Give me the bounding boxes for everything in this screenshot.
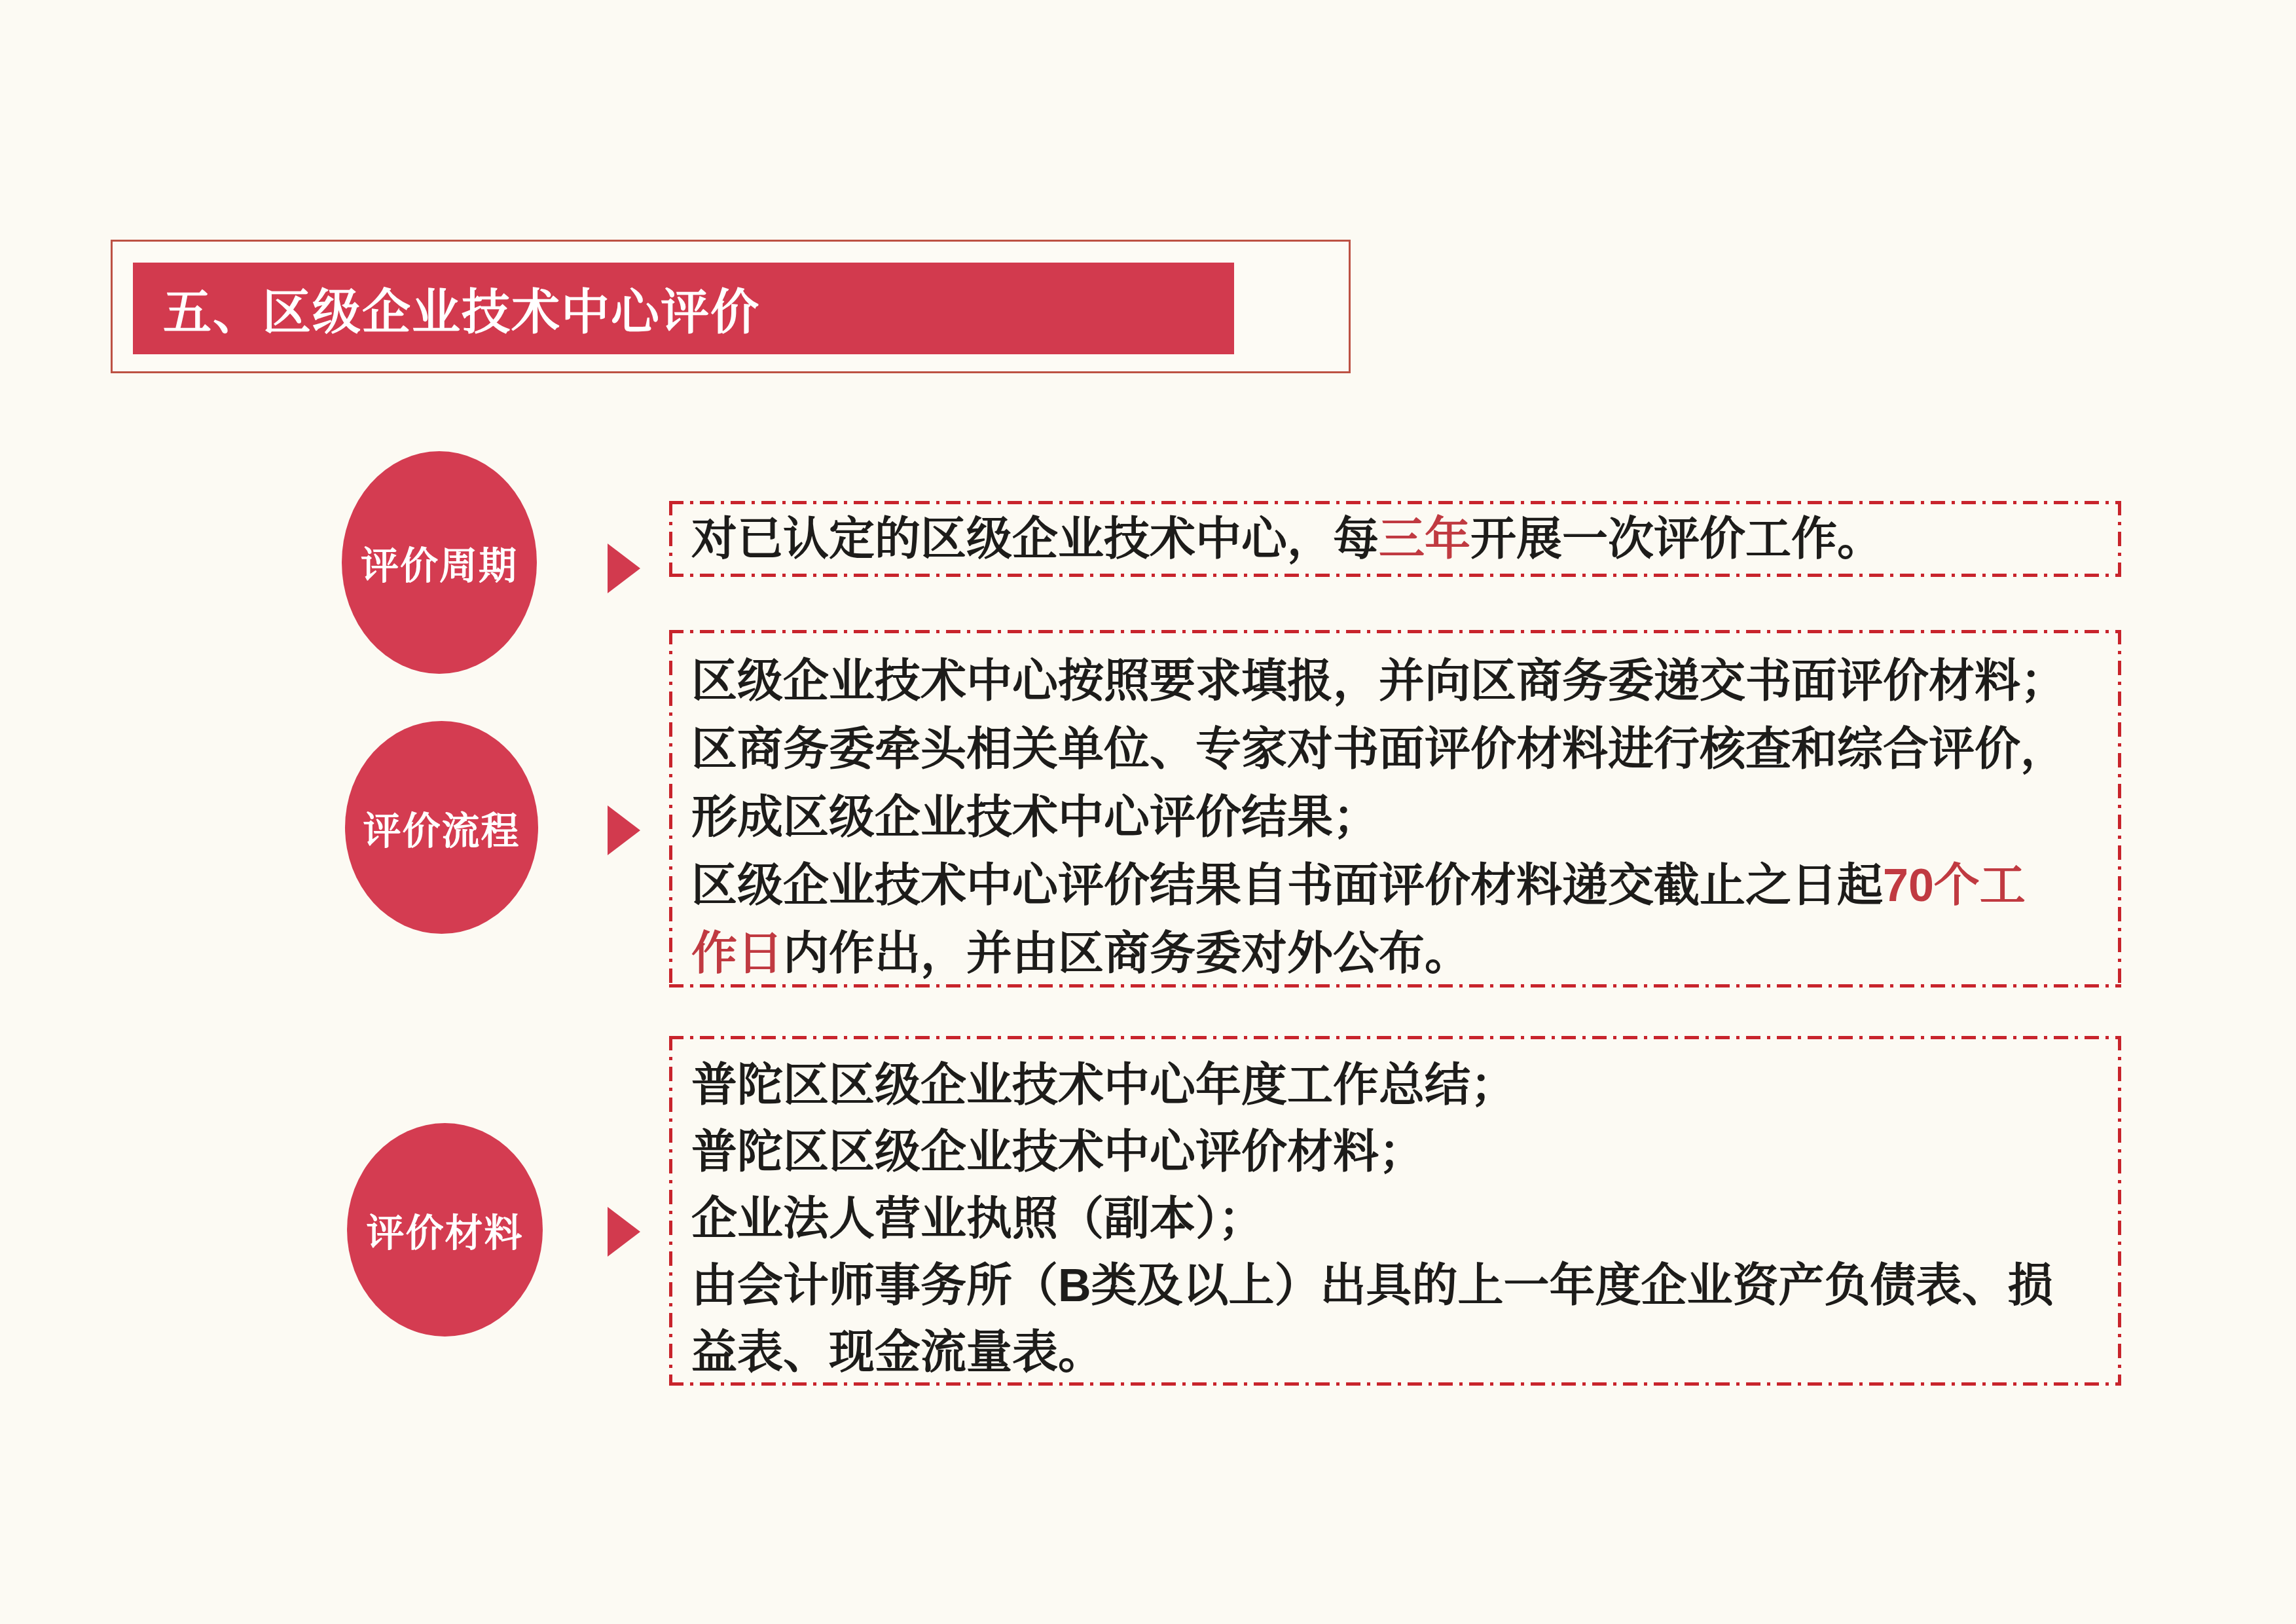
text-segment: 由会计师事务所（B类及以上）出具的上一年度企业资产负债表、损 <box>691 1260 2054 1311</box>
text-line: 对已认定的区级企业技术中心，每三年开展一次评价工作。 <box>691 505 1883 573</box>
dash-border-bottom <box>669 574 2121 577</box>
stage-label: 评价材料 <box>366 1202 523 1257</box>
content-box-evaluation-cycle: 对已认定的区级企业技术中心，每三年开展一次评价工作。 <box>669 501 2121 577</box>
text-segment: 区级企业技术中心按照要求填报，并向区商务委递交书面评价材料； <box>691 655 2066 707</box>
arrow-right-icon <box>608 544 640 593</box>
dash-border-right <box>2118 501 2121 577</box>
text-segment-highlight: 三年 <box>1379 513 1470 564</box>
text-line: 由会计师事务所（B类及以上）出具的上一年度企业资产负债表、损 <box>691 1252 2121 1319</box>
text-segment: 区商务委牵头相关单位、专家对书面评价材料进行核查和综合评价， <box>691 724 2066 775</box>
text-line: 普陀区区级企业技术中心评价材料； <box>691 1118 2121 1185</box>
text-segment: 益表、现金流量表。 <box>691 1327 1104 1378</box>
text-line: 区级企业技术中心评价结果自书面评价材料递交截止之日起70个工 <box>691 851 2121 919</box>
text-segment: 普陀区区级企业技术中心评价材料； <box>691 1126 1425 1177</box>
arrow-right-icon <box>608 1207 640 1257</box>
text-line: 作日内作出，并由区商务委对外公布。 <box>691 919 2121 987</box>
stage-circle-evaluation-process: 评价流程 <box>345 721 538 934</box>
text-segment: 区级企业技术中心评价结果自书面评价材料递交截止之日起 <box>691 860 1883 911</box>
content-box-evaluation-materials: 普陀区区级企业技术中心年度工作总结； 普陀区区级企业技术中心评价材料； 企业法人… <box>669 1036 2121 1386</box>
dash-border-left <box>669 501 672 577</box>
document-page: 五、区级企业技术中心评价 评价周期 对已认定的区级企业技术中心，每三年开展一次评… <box>0 0 2296 1624</box>
stage-circle-evaluation-materials: 评价材料 <box>347 1123 543 1337</box>
dash-border-left <box>669 1036 672 1386</box>
dash-border-top <box>669 1036 2121 1039</box>
dash-border-top <box>669 630 2121 633</box>
text-segment: 开展一次评价工作。 <box>1470 513 1883 564</box>
dash-border-left <box>669 630 672 987</box>
dash-border-top <box>669 501 2121 504</box>
text-segment-highlight: 70个工 <box>1883 860 2026 911</box>
arrow-right-icon <box>608 805 640 855</box>
text-line: 普陀区区级企业技术中心年度工作总结； <box>691 1052 2121 1118</box>
text-segment: 普陀区区级企业技术中心年度工作总结； <box>691 1060 1516 1111</box>
section-title: 五、区级企业技术中心评价 <box>133 274 760 343</box>
text-segment: 形成区级企业技术中心评价结果； <box>691 792 1379 843</box>
text-segment: 对已认定的区级企业技术中心，每 <box>691 513 1379 564</box>
text-segment: 企业法人营业执照（副本）； <box>691 1193 1264 1244</box>
text-line: 益表、现金流量表。 <box>691 1319 2121 1386</box>
stage-label: 评价流程 <box>363 800 520 855</box>
text-line: 企业法人营业执照（副本）； <box>691 1185 2121 1252</box>
text-line: 区级企业技术中心按照要求填报，并向区商务委递交书面评价材料； <box>691 647 2121 715</box>
text-segment-highlight: 作日 <box>691 928 783 979</box>
stage-circle-evaluation-cycle: 评价周期 <box>342 451 537 674</box>
text-line: 形成区级企业技术中心评价结果； <box>691 783 2121 851</box>
text-segment: 内作出，并由区商务委对外公布。 <box>783 928 1470 979</box>
content-box-evaluation-process: 区级企业技术中心按照要求填报，并向区商务委递交书面评价材料； 区商务委牵头相关单… <box>669 630 2121 987</box>
stage-label: 评价周期 <box>361 535 518 590</box>
text-line: 区商务委牵头相关单位、专家对书面评价材料进行核查和综合评价， <box>691 715 2121 783</box>
section-header-banner: 五、区级企业技术中心评价 <box>133 263 1234 354</box>
